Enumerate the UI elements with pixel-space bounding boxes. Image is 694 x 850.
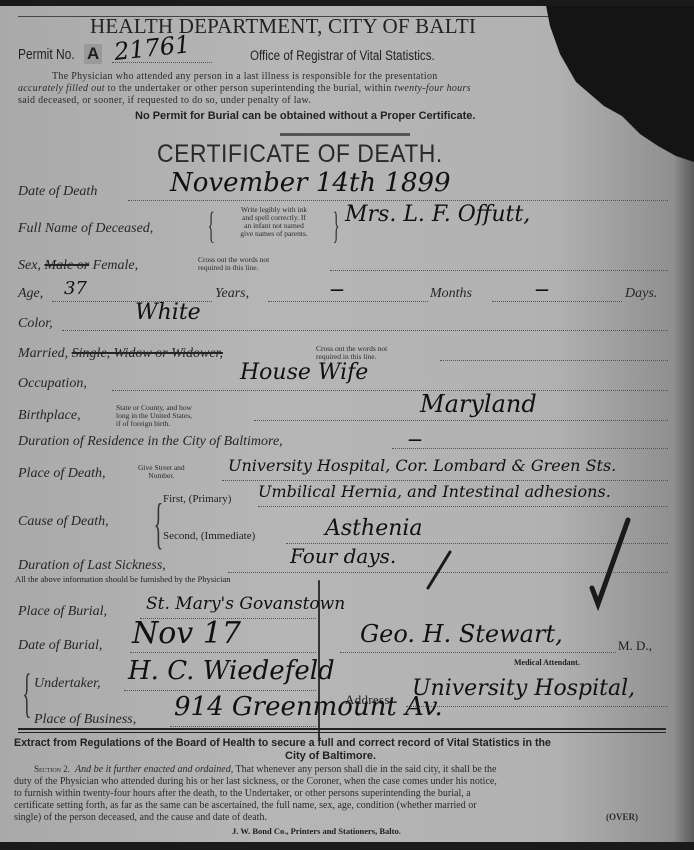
- cause-immediate-value: Asthenia: [325, 516, 423, 541]
- sex-option-female: Female,: [93, 258, 138, 273]
- age-years-label: Years,: [215, 286, 249, 302]
- burial-permit-notice: No Permit for Burial can be obtained wit…: [135, 110, 475, 122]
- occupation-value: House Wife: [240, 360, 368, 385]
- marital-options-struck: Single, Widow or Widower,: [72, 346, 223, 361]
- marital-option-married: Married,: [18, 346, 68, 361]
- age-label: Age,: [18, 286, 43, 302]
- pen-stroke-icon: [420, 546, 460, 596]
- place-of-business-label: Place of Business,: [34, 712, 136, 728]
- birthplace-label: Birthplace,: [18, 408, 81, 424]
- color-label: Color,: [18, 316, 53, 332]
- physician-address-value: University Hospital,: [412, 676, 635, 701]
- over-note: (OVER): [606, 812, 638, 824]
- date-of-burial-label: Date of Burial,: [18, 638, 102, 654]
- marital-label: Married, Single, Widow or Widower,: [18, 346, 223, 362]
- section-2-line-2: duty of the Physician who attended durin…: [14, 776, 497, 788]
- certificate-paper: HEALTH DEPARTMENT, CITY OF BALTI Permit …: [0, 6, 694, 842]
- age-days-value: —: [535, 282, 549, 298]
- residence-duration-value: —: [408, 432, 422, 448]
- md-suffix: M. D.,: [618, 638, 652, 654]
- cause-immediate-label: Second, (Immediate): [163, 530, 255, 542]
- date-of-burial-value: Nov 17: [132, 616, 241, 651]
- section-2-line-1: Section 2. And be it further enacted and…: [34, 764, 497, 776]
- sex-label: Sex, Male or Female,: [18, 258, 138, 274]
- sex-option-male-struck: Male or: [44, 258, 89, 273]
- undertaker-label: Undertaker,: [34, 676, 101, 692]
- footer-rule-thick: [18, 728, 666, 730]
- age-years-value: 37: [64, 278, 87, 299]
- birthplace-note: State or County, and how long in the Uni…: [116, 404, 192, 428]
- place-of-death-label: Place of Death,: [18, 466, 105, 482]
- physician-note: All the above information should be furn…: [15, 574, 231, 584]
- color-value: White: [135, 300, 201, 325]
- instructions-line-1: The Physician who attended any person in…: [52, 71, 438, 82]
- marital-note: Cross out the words not required in this…: [316, 345, 387, 361]
- residence-duration-label: Duration of Residence in the City of Bal…: [18, 434, 283, 450]
- birthplace-value: Maryland: [420, 390, 537, 418]
- cause-primary-label: First, (Primary): [163, 493, 231, 505]
- full-name-value: Mrs. L. F. Offutt,: [345, 202, 530, 227]
- office-title: Office of Registrar of Vital Statistics.: [250, 48, 435, 63]
- place-of-death-note: Give Street and Number.: [138, 464, 185, 480]
- age-days-label: Days.: [625, 286, 657, 302]
- section-2-line-3: to furnish within twenty-four hours afte…: [14, 788, 471, 800]
- instructions-line-3: said deceased, or sooner, if requested t…: [18, 95, 311, 106]
- checkmark-icon: [560, 506, 640, 616]
- section-2-line-5: single) of the person deceased, and the …: [14, 812, 267, 824]
- age-months-value: —: [330, 282, 344, 298]
- physician-signature: Geo. H. Stewart,: [360, 620, 563, 648]
- section-2-line-4: certificate setting forth, as far as the…: [14, 800, 477, 812]
- permit-label: Permit No.: [18, 46, 75, 63]
- age-months-label: Months: [430, 286, 472, 302]
- sex-note: Cross out the words not required in this…: [198, 256, 269, 272]
- undertaker-value: H. C. Wiedefeld: [128, 656, 335, 686]
- instructions-line-2: accurately filled out to the undertaker …: [18, 83, 471, 94]
- extract-heading-line-2: City of Baltimore.: [285, 750, 376, 762]
- date-of-death-value: November 14th 1899: [170, 168, 451, 198]
- place-of-burial-label: Place of Burial,: [18, 604, 107, 620]
- cause-primary-value: Umbilical Hernia, and Intestinal adhesio…: [258, 482, 611, 501]
- permit-series: A: [84, 44, 102, 64]
- extract-heading-line-1: Extract from Regulations of the Board of…: [14, 737, 551, 749]
- cause-of-death-label: Cause of Death,: [18, 514, 109, 530]
- full-name-note: Write legibly with ink and spell correct…: [218, 206, 330, 238]
- medical-attendant-caption: Medical Attendant.: [514, 658, 580, 667]
- occupation-label: Occupation,: [18, 376, 87, 392]
- last-sickness-label: Duration of Last Sickness,: [18, 558, 166, 574]
- full-name-label: Full Name of Deceased,: [18, 221, 153, 237]
- place-of-burial-value: St. Mary's Govanstown: [146, 594, 345, 614]
- place-of-business-value: 914 Greenmount Av.: [174, 692, 443, 722]
- certificate-title: CERTIFICATE OF DEATH.: [157, 140, 443, 169]
- footer-rule-thin: [18, 732, 666, 733]
- place-of-death-value: University Hospital, Cor. Lombard & Gree…: [228, 456, 616, 475]
- last-sickness-value: Four days.: [290, 544, 396, 568]
- printer-imprint: J. W. Bond Co., Printers and Stationers,…: [232, 826, 401, 836]
- date-of-death-label: Date of Death: [18, 184, 97, 200]
